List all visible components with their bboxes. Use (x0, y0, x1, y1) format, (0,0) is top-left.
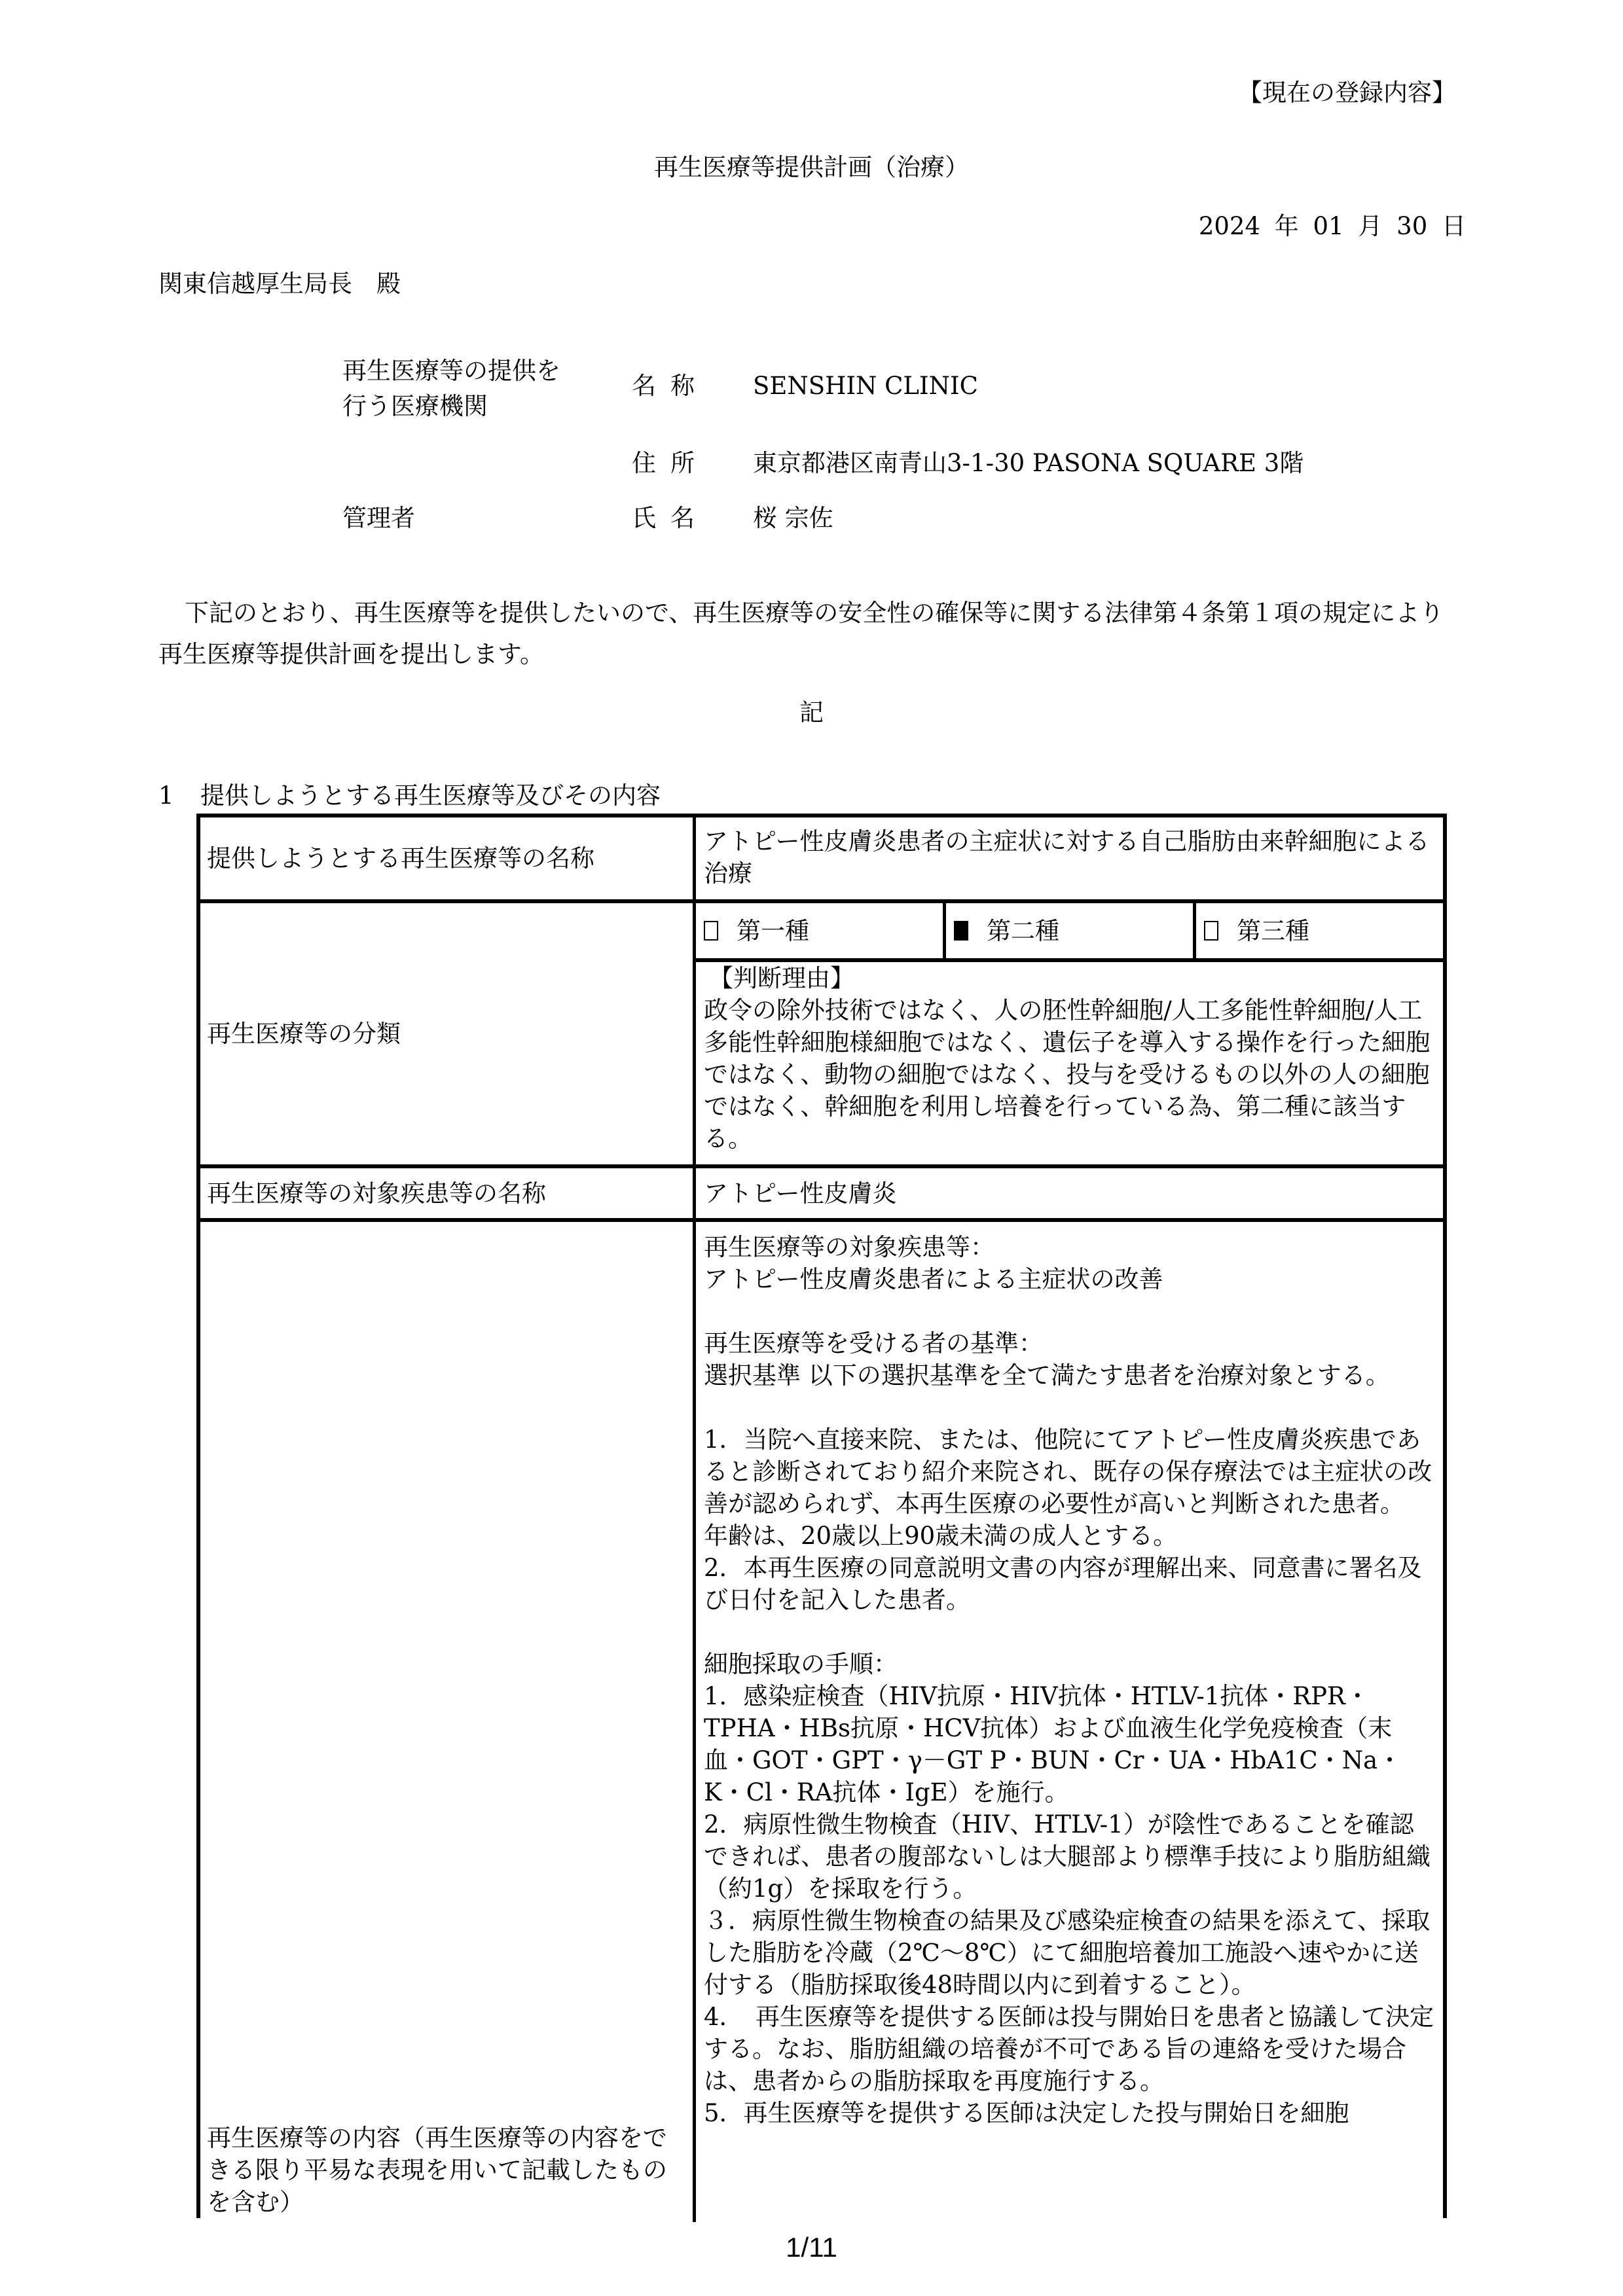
content-blank (704, 1295, 1435, 1327)
content-line: 1．感染症検査（HIV抗原・HIV抗体・HTLV-1抗体・RPR・TPHA・HB… (704, 1680, 1435, 1808)
option-type1[interactable]: 第一種 (696, 903, 943, 958)
intro-paragraph: 下記のとおり、再生医療等を提供したいので、再生医療等の安全性の確保等に関する法律… (158, 592, 1455, 675)
classification-reason: 【判断理由】 政令の除外技術ではなく、人の胚性幹細胞/人工多能性幹細胞/人工多能… (696, 962, 1443, 1155)
content-line: 再生医療等を受ける者の基準： (704, 1327, 1435, 1359)
checkbox-checked-icon[interactable] (954, 921, 968, 941)
classification-options: 第一種 第二種 第三種 (696, 903, 1443, 962)
row-label: 再生医療等の内容（再生医療等の内容をできる限り平易な表現を用いて記載したものを含… (200, 1222, 696, 2222)
table-row-classification: 再生医療等の分類 第一種 第二種 第三種 【判断理由】 政令の除外技術ではなく、… (200, 903, 1443, 1168)
reason-text: 政令の除外技術ではなく、人の胚性幹細胞/人工多能性幹細胞/人工多能性幹細胞様細胞… (704, 994, 1435, 1155)
section-title: 提供しようとする再生医療等及びその内容 (200, 781, 661, 810)
registration-status-label: 【現在の登録内容】 (1238, 77, 1456, 109)
option-label: 第二種 (987, 915, 1059, 947)
content-line: 2．本再生医療の同意説明文書の内容が理解出来、同意書に署名及び日付を記入した患者… (704, 1552, 1435, 1616)
option-type2[interactable]: 第二種 (943, 903, 1193, 958)
institution-name-key: 名称 (632, 370, 709, 402)
row-label: 再生医療等の分類 (200, 903, 696, 1164)
table-row-treatment-name: 提供しようとする再生医療等の名称 アトピー性皮膚炎患者の主症状に対する自己脂肪由… (200, 817, 1443, 903)
manager-name-value: 桜 宗佐 (753, 503, 833, 534)
table-row-content: 再生医療等の内容（再生医療等の内容をできる限り平易な表現を用いて記載したものを含… (200, 1222, 1443, 2222)
page-number: 1/11 (0, 2232, 1623, 2263)
institution-label-line2: 行う医療機関 (342, 389, 560, 424)
option-label: 第一種 (737, 915, 809, 947)
row-label: 提供しようとする再生医療等の名称 (200, 817, 696, 899)
content-line: 年齢は、20歳以上90歳未満の成人とする。 (704, 1520, 1435, 1552)
content-line: ３．病原性微生物検査の結果及び感染症検査の結果を添えて、採取した脂肪を冷蔵（2℃… (704, 1905, 1435, 2001)
manager-name-key: 氏名 (632, 503, 709, 534)
institution-address-key: 住所 (632, 448, 709, 479)
manager-label: 管理者 (342, 503, 415, 534)
institution-label-line1: 再生医療等の提供を (342, 353, 560, 389)
checkbox-unchecked-icon[interactable] (1204, 921, 1218, 941)
content-line: 5．再生医療等を提供する医師は決定した投与開始日を細胞 (704, 2097, 1435, 2129)
content-blank (704, 1391, 1435, 1424)
classification-cell: 第一種 第二種 第三種 【判断理由】 政令の除外技術ではなく、人の胚性幹細胞/人… (696, 903, 1443, 1164)
document-title: 再生医療等提供計画（治療） (0, 152, 1623, 183)
plan-table: 提供しようとする再生医療等の名称 アトピー性皮膚炎患者の主症状に対する自己脂肪由… (196, 814, 1447, 2218)
content-line: 4． 再生医療等を提供する医師は投与開始日を患者と協議して決定する。なお、脂肪組… (704, 2001, 1435, 2097)
reason-heading: 【判断理由】 (704, 962, 1435, 994)
content-line: 1．当院へ直接来院、または、他院にてアトピー性皮膚炎疾患であると診断されており紹… (704, 1424, 1435, 1520)
addressee: 関東信越厚生局長 殿 (158, 268, 401, 300)
content-line: アトピー性皮膚炎患者による主症状の改善 (704, 1263, 1435, 1295)
institution-address-value: 東京都港区南青山3-1-30 PASONA SQUARE 3階 (753, 448, 1304, 479)
ki-heading: 記 (0, 697, 1623, 728)
institution-label: 再生医療等の提供を 行う医療機関 (342, 353, 560, 424)
row-value: アトピー性皮膚炎患者の主症状に対する自己脂肪由来幹細胞による治療 (696, 817, 1443, 899)
checkbox-unchecked-icon[interactable] (704, 921, 718, 941)
content-blank (704, 1616, 1435, 1648)
content-line: 選択基準 以下の選択基準を全て満たす患者を治療対象とする。 (704, 1359, 1435, 1391)
institution-name-value: SENSHIN CLINIC (753, 370, 978, 402)
section-heading: 1提供しようとする再生医療等及びその内容 (158, 780, 661, 812)
content-line: 2．病原性微生物検査（HIV、HTLV-1）が陰性であることを確認できれば、患者… (704, 1808, 1435, 1905)
option-label: 第三種 (1237, 915, 1309, 947)
option-type3[interactable]: 第三種 (1193, 903, 1443, 958)
row-label: 再生医療等の対象疾患等の名称 (200, 1168, 696, 1218)
row-value: アトピー性皮膚炎 (696, 1168, 1443, 1218)
content-text: 再生医療等の対象疾患等： アトピー性皮膚炎患者による主症状の改善 再生医療等を受… (696, 1222, 1443, 2222)
section-number: 1 (158, 780, 200, 812)
content-line: 細胞採取の手順： (704, 1648, 1435, 1680)
table-row-target-disease: 再生医療等の対象疾患等の名称 アトピー性皮膚炎 (200, 1168, 1443, 1222)
submission-date: 2024 年 01 月 30 日 (1199, 211, 1466, 242)
content-line: 再生医療等の対象疾患等： (704, 1231, 1435, 1263)
